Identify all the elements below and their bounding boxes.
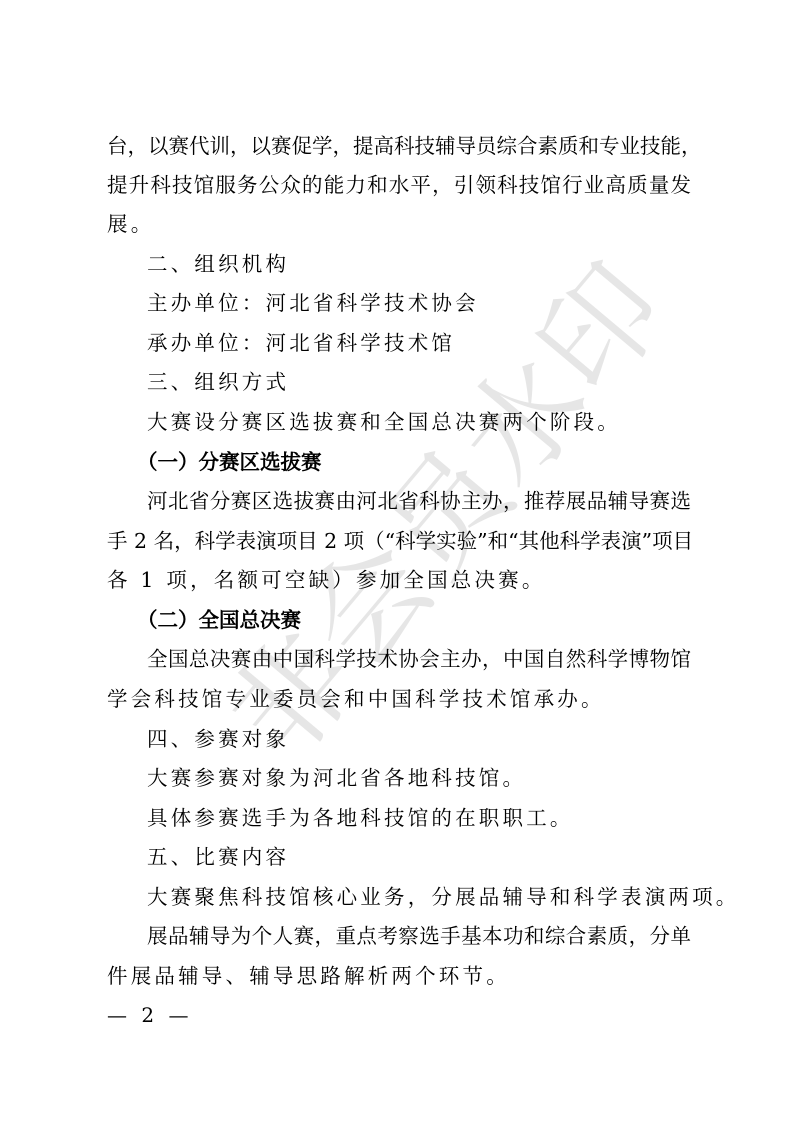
subsection-heading-national: （二）全国总决赛 bbox=[137, 607, 721, 633]
page-number: — 2 — bbox=[107, 1003, 192, 1027]
paragraph-line: 大赛设分赛区选拔赛和全国总决赛两个阶段。 bbox=[147, 409, 731, 435]
paragraph-line: 大赛聚焦科技馆核心业务，分展品辅导和科学表演两项。 bbox=[147, 884, 731, 910]
paragraph-line: 具体参赛选手为各地科技馆的在职职工。 bbox=[147, 805, 731, 831]
section-heading-participants: 四、参赛对象 bbox=[147, 726, 731, 752]
paragraph-line: 展。 bbox=[107, 211, 691, 237]
host-unit: 主办单位：河北省科学技术协会 bbox=[147, 290, 731, 316]
paragraph-line: 各 1 项，名额可空缺）参加全国总决赛。 bbox=[107, 567, 691, 593]
paragraph-line: 台，以赛代训，以赛促学，提高科技辅导员综合素质和专业技能， bbox=[107, 133, 691, 159]
organizer-unit: 承办单位：河北省科学技术馆 bbox=[147, 330, 731, 356]
paragraph-line: 件展品辅导、辅导思路解析两个环节。 bbox=[107, 963, 691, 989]
paragraph-line: 全国总决赛由中国科学技术协会主办，中国自然科学博物馆 bbox=[147, 646, 691, 672]
paragraph-line: 河北省分赛区选拔赛由河北省科协主办，推荐展品辅导赛选 bbox=[147, 488, 691, 514]
paragraph-line: 提升科技馆服务公众的能力和水平，引领科技馆行业高质量发 bbox=[107, 172, 691, 198]
subsection-heading-regional: （一）分赛区选拔赛 bbox=[137, 449, 721, 475]
paragraph-line: 学会科技馆专业委员会和中国科学技术馆承办。 bbox=[107, 686, 691, 712]
section-heading-organization: 二、组织机构 bbox=[147, 251, 731, 277]
section-heading-content: 五、比赛内容 bbox=[147, 844, 731, 870]
section-heading-method: 三、组织方式 bbox=[147, 369, 731, 395]
paragraph-line: 大赛参赛对象为河北省各地科技馆。 bbox=[147, 765, 731, 791]
paragraph-line: 手 2 名，科学表演项目 2 项（“科学实验”和“其他科学表演”项目 bbox=[107, 528, 691, 554]
document-page: 非会员水印 台，以赛代训，以赛促学，提高科技辅导员综合素质和专业技能， 提升科技… bbox=[0, 0, 793, 1122]
paragraph-line: 展品辅导为个人赛，重点考察选手基本功和综合素质，分单 bbox=[147, 923, 691, 949]
